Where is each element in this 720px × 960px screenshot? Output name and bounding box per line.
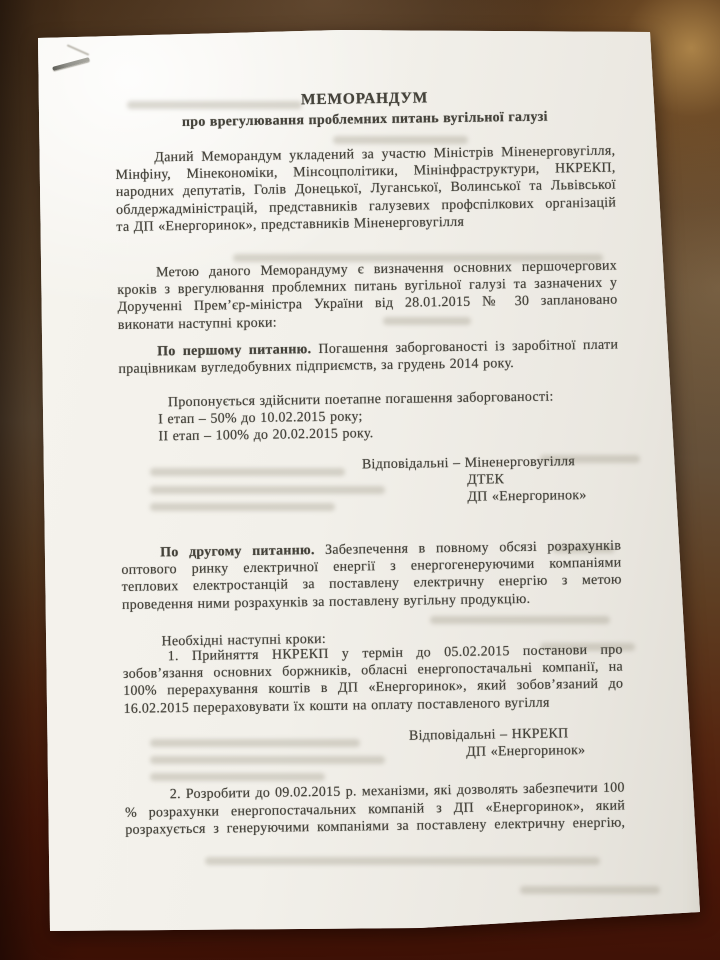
text-line: ДП «Енергоринок» <box>467 487 620 506</box>
step2-paragraph: 2. Розробити до 09.02.2015 р. механізми,… <box>125 779 626 839</box>
proposal-block: Пропонується здійснити поетапне погашенн… <box>158 388 619 446</box>
step1-paragraph: 1. Прийняття НКРЕКП у термін до 05.02.20… <box>123 642 624 718</box>
responsible2-orgs: ДП «Енергоринок» <box>466 742 624 762</box>
issue2-lead: По другому питанню. <box>160 543 315 560</box>
issue2-rest: оптового ринку електричної енергії з ене… <box>121 555 622 614</box>
purpose-paragraph: Метою даного Меморандуму є визначення ос… <box>117 258 618 334</box>
issue1-paragraph: По першому питанню. Погашення заборгован… <box>118 337 618 379</box>
memo-title: МЕМОРАНДУМ <box>114 87 614 112</box>
issue2-paragraph: По другому питанню. Забезпечення в повно… <box>121 538 622 614</box>
memo-subtitle: про врегулювання проблемних питань вугіл… <box>115 108 615 133</box>
bleed-through-mark <box>430 616 610 624</box>
bleed-through-mark <box>150 468 345 476</box>
bleed-through-mark <box>150 739 360 747</box>
bleed-through-mark <box>150 773 325 781</box>
bleed-through-mark <box>520 886 660 894</box>
responsible1-orgs: ДТЕКДП «Енергоринок» <box>467 470 620 507</box>
paper-sheet: МЕМОРАНДУМ про врегулювання проблемних п… <box>0 0 720 960</box>
staple <box>52 57 90 71</box>
bleed-through-mark <box>150 503 335 511</box>
bleed-through-mark <box>333 136 468 144</box>
bleed-through-mark <box>205 857 600 865</box>
intro-paragraph: Даний Меморандум укладений за участю Мін… <box>115 143 616 236</box>
responsible1-block: Відповідальні – Міненерговугілля ДТЕКДП … <box>362 453 621 508</box>
responsible2-block: Відповідальні – НКРЕКП ДП «Енергоринок» <box>409 725 624 763</box>
bleed-through-mark <box>150 486 385 494</box>
photographed-memo-page: МЕМОРАНДУМ про врегулювання проблемних п… <box>0 0 720 960</box>
issue1-lead-rest: Погашення заборгованості із заробітної п… <box>318 338 618 357</box>
bleed-through-mark <box>150 756 385 764</box>
issue1-lead: По першому питанню. <box>157 342 311 359</box>
text-line: ДП «Енергоринок» <box>466 742 624 762</box>
corner-crease <box>67 44 90 56</box>
